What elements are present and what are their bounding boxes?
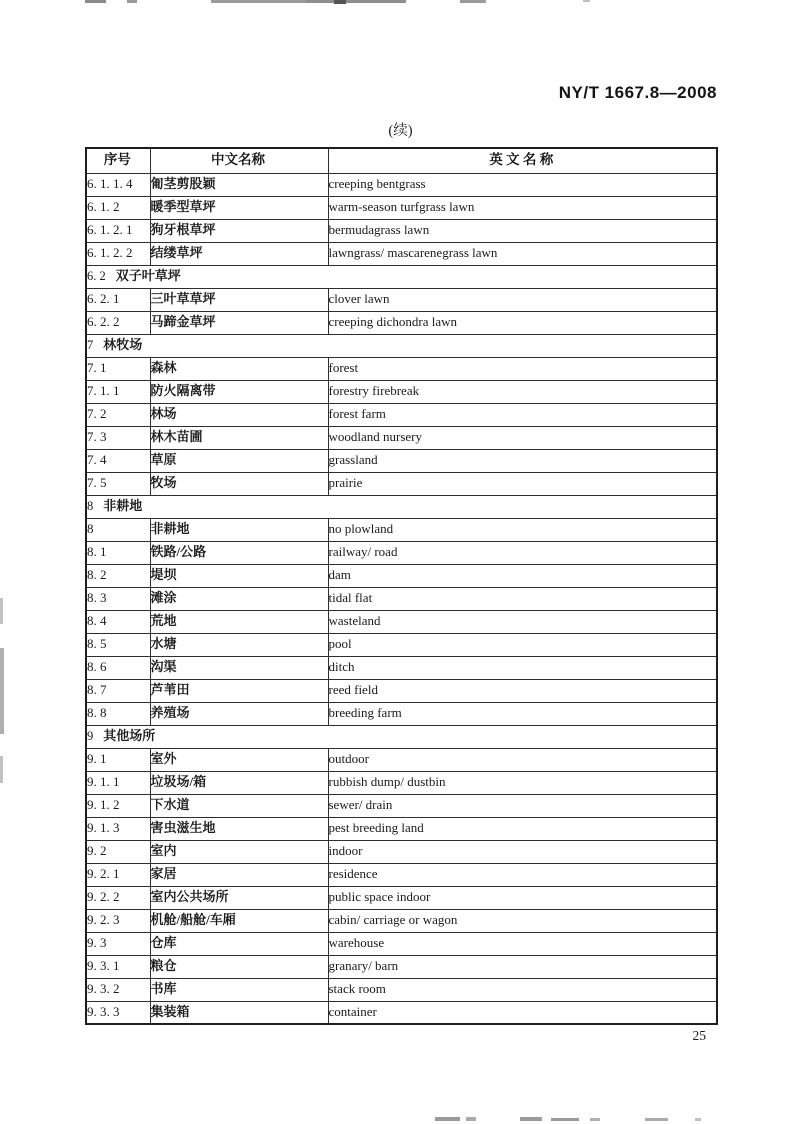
serial-cell: 6. 1. 2. 1 [86,219,150,242]
scan-artifact [583,0,590,2]
table-row: 7. 3林木苗圃woodland nursery [86,426,717,449]
section-cell: 9其他场所 [86,725,717,748]
serial-cell: 9. 3. 2 [86,978,150,1001]
scan-artifact [551,1118,579,1121]
header-serial: 序号 [86,148,150,173]
english-name-cell: rubbish dump/ dustbin [328,771,717,794]
english-name-cell: forestry firebreak [328,380,717,403]
section-label: 其他场所 [103,728,155,743]
english-name-cell: warm-season turfgrass lawn [328,196,717,219]
chinese-name-cell: 机舱/船舱/车厢 [150,909,328,932]
chinese-name-cell: 书库 [150,978,328,1001]
section-number: 9 [87,729,93,743]
chinese-name-cell: 结缕草坪 [150,242,328,265]
section-row: 7林牧场 [86,334,717,357]
serial-cell: 8. 2 [86,564,150,587]
english-name-cell: ditch [328,656,717,679]
serial-cell: 7. 1. 1 [86,380,150,403]
english-name-cell: outdoor [328,748,717,771]
scan-artifact [520,1117,542,1121]
scan-artifact [306,0,406,3]
english-name-cell: wasteland [328,610,717,633]
header-row: 序号 中文名称 英 文 名 称 [86,148,717,173]
chinese-name-cell: 荒地 [150,610,328,633]
table-row: 8. 4荒地wasteland [86,610,717,633]
section-cell: 7林牧场 [86,334,717,357]
serial-cell: 9. 3 [86,932,150,955]
chinese-name-cell: 粮仓 [150,955,328,978]
serial-cell: 9. 2. 3 [86,909,150,932]
chinese-name-cell: 铁路/公路 [150,541,328,564]
english-name-cell: forest [328,357,717,380]
serial-cell: 6. 1. 2 [86,196,150,219]
english-name-cell: prairie [328,472,717,495]
continued-label: (续) [85,119,716,140]
table-row: 8. 8养殖场breeding farm [86,702,717,725]
serial-cell: 8. 3 [86,587,150,610]
english-name-cell: bermudagrass lawn [328,219,717,242]
english-name-cell: stack room [328,978,717,1001]
table-row: 9. 1室外outdoor [86,748,717,771]
table-header: 序号 中文名称 英 文 名 称 [86,148,717,173]
table-row: 6. 1. 2. 1狗牙根草坪bermudagrass lawn [86,219,717,242]
serial-cell: 8. 1 [86,541,150,564]
table-row: 8. 3滩涂tidal flat [86,587,717,610]
serial-cell: 9. 3. 1 [86,955,150,978]
english-name-cell: pest breeding land [328,817,717,840]
section-label: 林牧场 [103,337,142,352]
scan-artifact [0,598,3,624]
chinese-name-cell: 养殖场 [150,702,328,725]
chinese-name-cell: 林场 [150,403,328,426]
section-row: 9其他场所 [86,725,717,748]
serial-cell: 7. 1 [86,357,150,380]
serial-cell: 7. 4 [86,449,150,472]
table-row: 8非耕地no plowland [86,518,717,541]
chinese-name-cell: 家居 [150,863,328,886]
section-label: 非耕地 [103,498,142,513]
english-name-cell: tidal flat [328,587,717,610]
chinese-name-cell: 仓库 [150,932,328,955]
chinese-name-cell: 林木苗圃 [150,426,328,449]
table-row: 6. 1. 2暖季型草坪warm-season turfgrass lawn [86,196,717,219]
table-row: 9. 3. 1粮仓granary/ barn [86,955,717,978]
page: { "page": { "standard_code": "NY/T 1667.… [0,0,800,1124]
chinese-name-cell: 森林 [150,357,328,380]
scan-artifact [85,0,106,3]
section-number: 8 [87,499,93,513]
table-row: 6. 1. 1. 4匍茎剪股颖creeping bentgrass [86,173,717,196]
header-english-name: 英 文 名 称 [328,148,717,173]
table-row: 8. 2堤坝dam [86,564,717,587]
scan-artifact [435,1117,460,1121]
chinese-name-cell: 防火隔离带 [150,380,328,403]
section-cell: 8非耕地 [86,495,717,518]
scan-artifact [460,0,486,3]
serial-cell: 9. 1. 2 [86,794,150,817]
chinese-name-cell: 狗牙根草坪 [150,219,328,242]
chinese-name-cell: 害虫滋生地 [150,817,328,840]
english-name-cell: sewer/ drain [328,794,717,817]
chinese-name-cell: 滩涂 [150,587,328,610]
english-name-cell: dam [328,564,717,587]
chinese-name-cell: 下水道 [150,794,328,817]
glossary-table: 序号 中文名称 英 文 名 称 6. 1. 1. 4匍茎剪股颖creeping … [85,147,718,1025]
table-row: 9. 1. 1垃圾场/箱rubbish dump/ dustbin [86,771,717,794]
serial-cell: 6. 2. 2 [86,311,150,334]
scan-artifact [645,1118,668,1121]
page-number: 25 [693,1028,707,1044]
section-row: 6. 2双子叶草坪 [86,265,717,288]
table-row: 6. 2. 2马蹄金草坪creeping dichondra lawn [86,311,717,334]
chinese-name-cell: 室内公共场所 [150,886,328,909]
serial-cell: 9. 1. 1 [86,771,150,794]
scan-artifact [211,0,306,3]
scan-artifact [695,1118,701,1121]
english-name-cell: lawngrass/ mascarenegrass lawn [328,242,717,265]
table-row: 6. 2. 1三叶草草坪clover lawn [86,288,717,311]
chinese-name-cell: 非耕地 [150,518,328,541]
english-name-cell: grassland [328,449,717,472]
chinese-name-cell: 堤坝 [150,564,328,587]
chinese-name-cell: 沟渠 [150,656,328,679]
english-name-cell: cabin/ carriage or wagon [328,909,717,932]
english-name-cell: pool [328,633,717,656]
scan-artifact [590,1118,600,1121]
serial-cell: 8. 8 [86,702,150,725]
table-row: 9. 2. 3机舱/船舱/车厢cabin/ carriage or wagon [86,909,717,932]
table-row: 9. 2. 1家居residence [86,863,717,886]
serial-cell: 8. 6 [86,656,150,679]
serial-cell: 8. 4 [86,610,150,633]
table-row: 9. 1. 3害虫滋生地pest breeding land [86,817,717,840]
section-label: 双子叶草坪 [116,268,181,283]
english-name-cell: warehouse [328,932,717,955]
chinese-name-cell: 马蹄金草坪 [150,311,328,334]
serial-cell: 9. 3. 3 [86,1001,150,1024]
chinese-name-cell: 水塘 [150,633,328,656]
serial-cell: 8. 7 [86,679,150,702]
table-row: 9. 2. 2室内公共场所public space indoor [86,886,717,909]
chinese-name-cell: 三叶草草坪 [150,288,328,311]
scan-artifact [334,0,346,4]
english-name-cell: residence [328,863,717,886]
chinese-name-cell: 室外 [150,748,328,771]
scan-artifact [0,648,4,734]
scan-artifact [466,1117,476,1121]
english-name-cell: creeping bentgrass [328,173,717,196]
english-name-cell: reed field [328,679,717,702]
table-row: 9. 3. 2书库stack room [86,978,717,1001]
table-row: 9. 2室内indoor [86,840,717,863]
chinese-name-cell: 牧场 [150,472,328,495]
english-name-cell: granary/ barn [328,955,717,978]
table-row: 9. 3仓库warehouse [86,932,717,955]
section-number: 7 [87,338,93,352]
table-row: 7. 1. 1防火隔离带forestry firebreak [86,380,717,403]
table-row: 7. 5牧场prairie [86,472,717,495]
table-row: 9. 1. 2下水道sewer/ drain [86,794,717,817]
serial-cell: 6. 1. 2. 2 [86,242,150,265]
standard-code: NY/T 1667.8—2008 [559,83,717,103]
table-row: 7. 4草原grassland [86,449,717,472]
serial-cell: 9. 1 [86,748,150,771]
chinese-name-cell: 暖季型草坪 [150,196,328,219]
section-number: 6. 2 [87,269,106,283]
section-cell: 6. 2双子叶草坪 [86,265,717,288]
chinese-name-cell: 草原 [150,449,328,472]
english-name-cell: indoor [328,840,717,863]
table-row: 8. 1铁路/公路railway/ road [86,541,717,564]
serial-cell: 7. 3 [86,426,150,449]
english-name-cell: no plowland [328,518,717,541]
table-row: 8. 6沟渠ditch [86,656,717,679]
serial-cell: 6. 2. 1 [86,288,150,311]
table-row: 6. 1. 2. 2结缕草坪lawngrass/ mascarenegrass … [86,242,717,265]
serial-cell: 9. 2. 2 [86,886,150,909]
english-name-cell: forest farm [328,403,717,426]
english-name-cell: public space indoor [328,886,717,909]
serial-cell: 8 [86,518,150,541]
serial-cell: 6. 1. 1. 4 [86,173,150,196]
table-row: 9. 3. 3集装箱container [86,1001,717,1024]
table-body: 6. 1. 1. 4匍茎剪股颖creeping bentgrass6. 1. 2… [86,173,717,1024]
serial-cell: 9. 2 [86,840,150,863]
serial-cell: 9. 1. 3 [86,817,150,840]
serial-cell: 9. 2. 1 [86,863,150,886]
table-row: 8. 7芦苇田reed field [86,679,717,702]
chinese-name-cell: 室内 [150,840,328,863]
table-row: 7. 2林场forest farm [86,403,717,426]
english-name-cell: creeping dichondra lawn [328,311,717,334]
chinese-name-cell: 匍茎剪股颖 [150,173,328,196]
chinese-name-cell: 集装箱 [150,1001,328,1024]
chinese-name-cell: 芦苇田 [150,679,328,702]
scan-artifact [127,0,137,3]
chinese-name-cell: 垃圾场/箱 [150,771,328,794]
english-name-cell: railway/ road [328,541,717,564]
section-row: 8非耕地 [86,495,717,518]
header-chinese-name: 中文名称 [150,148,328,173]
serial-cell: 8. 5 [86,633,150,656]
serial-cell: 7. 5 [86,472,150,495]
english-name-cell: woodland nursery [328,426,717,449]
serial-cell: 7. 2 [86,403,150,426]
english-name-cell: container [328,1001,717,1024]
scan-artifact [0,756,3,783]
english-name-cell: breeding farm [328,702,717,725]
english-name-cell: clover lawn [328,288,717,311]
table-row: 8. 5水塘pool [86,633,717,656]
table-row: 7. 1森林forest [86,357,717,380]
